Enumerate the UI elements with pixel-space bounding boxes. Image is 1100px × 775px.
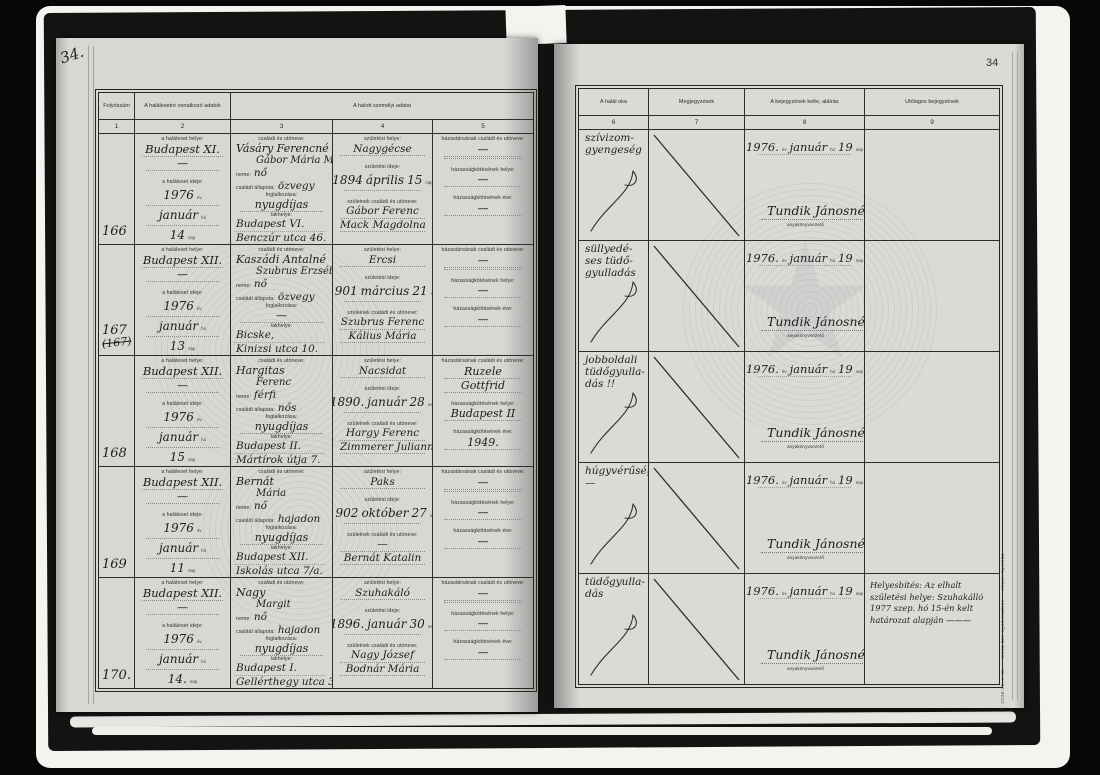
page-edge-line [88, 46, 89, 704]
col-number: 3 [231, 120, 333, 133]
cause-line2: ses tüdő- [582, 255, 645, 267]
registrar-role-label: anyakönyvvezető [787, 666, 824, 673]
cause-line1: húgyvérűség [582, 465, 645, 477]
residence-line1: Budapest II. [234, 440, 325, 454]
cause-line1: süllyedé- [582, 243, 645, 255]
marital-label: családi állapota: [236, 185, 275, 192]
printers-imprint: T. 2038-21. r. sz. — minta del. nyomósab… [1001, 545, 1006, 710]
death-place-dash: — [146, 158, 219, 171]
col-number: 2 [135, 120, 231, 133]
col-number: 6 [579, 116, 649, 129]
register-entry-row-right: tüdőgyulla- dás 1976.évjanuárhó19nap Tun… [579, 574, 999, 684]
page-edge-line [93, 46, 94, 704]
birth-day: 21 [412, 284, 427, 298]
marital-label: családi állapota: [236, 518, 275, 525]
death-place-dash: — [146, 602, 219, 615]
birth-data-cell: születési helye: Paks születési ideje: 1… [333, 467, 433, 577]
spouse-line1: Ruzele [444, 366, 522, 379]
entry-number-cell: 167 (167) [99, 245, 135, 355]
sex-label: neme: [236, 505, 251, 512]
entry-year: 1976. [746, 473, 779, 487]
right-column-numbers: 6 7 8 9 [579, 116, 999, 130]
year-suffix: év [782, 369, 787, 374]
death-year: 1976 [163, 521, 194, 535]
registrar-signature: Tundik Jánosné sk. [761, 536, 865, 553]
note-line1: Helyesbítés: Az elhalt [870, 580, 994, 592]
day-suffix: nap [188, 453, 195, 467]
cause-of-death-cell: húgyvérűség — [579, 463, 649, 573]
marriage-year-value: — [444, 647, 522, 660]
marriage-year-label: házasságkötésének éve: [436, 639, 530, 646]
death-place-value: Budapest XII. [142, 476, 223, 491]
deceased-person-cell: családi és utóneve: Bernát Mária neme:nő… [231, 467, 333, 577]
entry-month: január [790, 473, 828, 487]
birth-place-value: Nagygécse [340, 143, 425, 157]
spouse-line1: — [444, 477, 522, 490]
year-suffix: év [782, 147, 787, 152]
spouse-line2 [444, 158, 522, 159]
pen-flourish [585, 168, 643, 234]
marital-value: özvegy [278, 181, 315, 193]
spouse-line2 [444, 602, 522, 603]
registrar-role-label: anyakönyvvezető [787, 444, 824, 451]
marriage-year-value: 1949. [444, 437, 522, 450]
header-death-data: A halálesetre vonatkozó adatok [135, 93, 231, 119]
remarks-cell [649, 463, 745, 573]
marriage-year-label: házasságkötésének éve: [436, 429, 530, 436]
month-suffix: hó [201, 322, 206, 336]
month-suffix: hó [201, 433, 206, 447]
day-suffix: nap [856, 591, 863, 596]
spouse-data-cell: házastársának családi és utóneve: — háza… [433, 134, 533, 244]
sex-label: neme: [236, 172, 251, 179]
birth-year: 1901 [333, 284, 358, 298]
occupation-value: nyugdíjas [240, 532, 323, 545]
year-suffix: év [197, 302, 202, 316]
residence-line1: Bicske, [234, 329, 325, 343]
birth-data-cell: születési helye: Ercsi születési ideje: … [333, 245, 433, 355]
registrar-signature: Tundik Jánosné sk. [761, 647, 865, 664]
spouse-line2 [444, 491, 522, 492]
marriage-year-label: házasságkötésének éve: [436, 528, 530, 535]
mother-name: Bodnár Mária [340, 663, 425, 677]
father-name: — [340, 538, 425, 552]
year-suffix: év [197, 635, 202, 649]
deceased-person-cell: családi és utóneve: Vásáry Ferencné Gábo… [231, 134, 333, 244]
death-month: január [159, 430, 198, 444]
entry-number-cell: 168 [99, 356, 135, 466]
death-place-value: Budapest XII. [142, 587, 223, 602]
mother-name: Kálius Mária [340, 330, 425, 344]
marriage-year-value: — [444, 314, 522, 327]
entry-month: január [790, 362, 828, 376]
remarks-cell [649, 241, 745, 351]
deceased-givenname: Ferenc [234, 377, 329, 389]
spouse-label: házastársának családi és utóneve: [436, 580, 530, 587]
entry-number-cell: 170. [99, 578, 135, 688]
birth-year: 1896. [333, 617, 364, 631]
header-cause-of-death: A halál oka [579, 89, 649, 115]
death-day: 14. [168, 672, 187, 686]
father-name: Szubrus Ferenc [340, 316, 425, 330]
deceased-givenname: Mária [234, 488, 329, 500]
death-date-label: a haláleset ideje: [138, 290, 227, 297]
header-folyoszam: Folyószám [99, 93, 135, 119]
crossed-out-line [649, 463, 744, 573]
deceased-person-cell: családi és utóneve: Nagy Margit neme:nő … [231, 578, 333, 688]
birth-date-label: születési ideje: [336, 386, 429, 393]
register-entry-row-right: jobboldali tüdőgyulla- dás !! 1976.évjan… [579, 352, 999, 463]
father-name: Nagy József [340, 649, 425, 663]
remarks-cell [649, 130, 745, 240]
pen-flourish [585, 279, 643, 345]
page-edge-line [1017, 52, 1018, 700]
crossed-out-line [649, 130, 744, 240]
day-suffix: nap [188, 564, 195, 578]
birth-day: 28 [410, 395, 425, 409]
day-suffix: nap [425, 176, 432, 190]
father-name: Gábor Ferenc [340, 205, 425, 219]
death-day: 15 [170, 450, 185, 464]
death-data-cell: a haláleset helye: Budapest XII. — a hal… [135, 356, 231, 466]
pen-flourish [585, 612, 643, 678]
sex-label: neme: [236, 394, 251, 401]
cause-line3: dás !! [582, 378, 645, 390]
residence-line2: Benczúr utca 46. [234, 232, 325, 245]
residence-line1: Budapest I. [234, 662, 325, 676]
header-remarks: Megjegyzések [649, 89, 745, 115]
spouse-label: házastársának családi és utóneve: [436, 136, 530, 143]
marriage-place-value: — [444, 507, 522, 520]
header-subsequent-entries: Utólagos bejegyzések [865, 89, 999, 115]
cause-of-death-cell: tüdőgyulla- dás [579, 574, 649, 684]
death-year: 1976 [163, 299, 194, 313]
entry-day: 19 [838, 251, 853, 265]
day-suffix: nap [856, 258, 863, 263]
residence-line2: Gellérthegy utca 3. [234, 676, 325, 689]
month-suffix: hó [830, 369, 835, 374]
subsequent-entries-cell [865, 241, 999, 351]
entry-date-signature-cell: 1976.évjanuárhó19nap Tundik Jánosné sk. … [745, 130, 865, 240]
mother-name: Bernát Katalin [340, 552, 425, 566]
birth-place-value: Paks [340, 476, 425, 490]
deceased-surname: Kaszádi Antalné [234, 254, 329, 267]
year-suffix: év [197, 413, 202, 427]
cause-line1: szívizom- [582, 132, 645, 144]
crossed-out-line [649, 241, 744, 351]
crossed-out-line [649, 352, 744, 462]
death-data-cell: a haláleset helye: Budapest XII. — a hal… [135, 467, 231, 577]
registrar-signature: Tundik Jánosné sk. [761, 425, 865, 442]
entry-month: január [790, 251, 828, 265]
entry-day: 19 [838, 140, 853, 154]
sex-value: férfi [254, 390, 276, 402]
register-entry-row: 166 a haláleset helye: Budapest XI. — a … [99, 134, 533, 245]
spouse-line2 [444, 269, 522, 270]
cause-line2: dás [582, 588, 645, 600]
cause-line1: jobboldali [582, 354, 645, 366]
occupation-value: nyugdíjas [240, 643, 323, 656]
death-data-cell: a haláleset helye: Budapest XI. — a halá… [135, 134, 231, 244]
entry-day: 19 [838, 584, 853, 598]
month-suffix: hó [201, 655, 206, 669]
spouse-line1: — [444, 588, 522, 601]
sex-value: nő [254, 612, 267, 624]
birth-data-cell: születési helye: Nacsidat születési idej… [333, 356, 433, 466]
marriage-place-value: — [444, 174, 522, 187]
birth-year: 1890. [333, 395, 364, 409]
cause-line2: gyengeség [582, 144, 645, 156]
cause-line1: tüdőgyulla- [582, 576, 645, 588]
marital-label: családi állapota: [236, 296, 275, 303]
spouse-label: házastársának családi és utóneve: [436, 358, 530, 365]
day-suffix: nap [190, 675, 197, 689]
day-suffix: nap [856, 369, 863, 374]
subsequent-entries-cell: Helyesbítés: Az elhalt születési helye: … [865, 574, 999, 684]
birth-data-cell: születési helye: Nagygécse születési ide… [333, 134, 433, 244]
header-personal-data: A halott személyi adatai [231, 93, 533, 119]
register-entry-row-right: húgyvérűség — 1976.évjanuárhó19nap Tundi… [579, 463, 999, 574]
col-number: 8 [745, 116, 865, 129]
marriage-year-label: házasságkötésének éve: [436, 195, 530, 202]
birth-date-label: születési ideje: [336, 275, 429, 282]
entry-year: 1976. [746, 584, 779, 598]
birth-data-cell: születési helye: Szuhakáló születési ide… [333, 578, 433, 688]
spouse-data-cell: házastársának családi és utóneve: — háza… [433, 578, 533, 688]
page-edge-line [1012, 52, 1013, 700]
father-name: Hargy Ferenc [340, 427, 425, 441]
month-suffix: hó [201, 211, 206, 225]
residence-line1: Budapest XII. [234, 551, 325, 565]
marital-label: családi állapota: [236, 407, 275, 414]
birth-place-value: Ercsi [340, 254, 425, 268]
mother-name: Mack Magdolna [340, 219, 425, 233]
birth-month: január [367, 617, 406, 631]
crossed-out-line [649, 574, 744, 684]
death-year: 1976 [163, 188, 194, 202]
death-place-dash: — [146, 380, 219, 393]
birth-month: október [361, 506, 408, 520]
birth-day: 27 [412, 506, 427, 520]
cause-of-death-cell: szívizom- gyengeség [579, 130, 649, 240]
registrar-role-label: anyakönyvvezető [787, 555, 824, 562]
left-table-header: Folyószám A halálesetre vonatkozó adatok… [99, 93, 533, 120]
day-suffix: nap [856, 147, 863, 152]
month-suffix: hó [830, 258, 835, 263]
deceased-surname: Vásáry Ferencné [234, 143, 329, 156]
entry-day: 19 [838, 473, 853, 487]
cause-of-death-cell: süllyedé- ses tüdő- gyulladás [579, 241, 649, 351]
register-entry-row: 167 (167) a haláleset helye: Budapest XI… [99, 245, 533, 356]
occupation-value: nyugdíjas [240, 421, 323, 434]
deceased-givenname: Gábor Mária Magdolna [234, 155, 329, 167]
death-year: 1976 [163, 410, 194, 424]
residence-line2: Iskolás utca 7/a. [234, 565, 325, 578]
register-table-right: A halál oka Megjegyzések A bejegyzések k… [578, 88, 1000, 685]
entry-number: 170. [102, 669, 131, 682]
death-month: január [159, 208, 198, 222]
deceased-givenname: Szubrus Erzsébet [234, 266, 329, 278]
marriage-place-value: Budapest II [444, 408, 522, 421]
birth-month: április [366, 173, 404, 187]
day-suffix: nap [188, 342, 195, 356]
birth-month: január [367, 395, 406, 409]
residence-line2: Kinizsi utca 10. [234, 343, 325, 356]
left-table-body: 166 a haláleset helye: Budapest XI. — a … [99, 134, 533, 688]
registrar-role-label: anyakönyvvezető [787, 333, 824, 340]
entry-year: 1976. [746, 251, 779, 265]
remarks-cell [649, 352, 745, 462]
death-day: 13 [170, 339, 185, 353]
birth-date-label: születési ideje: [336, 164, 429, 171]
mother-name: Zimmerer Julianna [340, 441, 425, 455]
entry-date-signature-cell: 1976.évjanuárhó19nap Tundik Jánosné sk. … [745, 574, 865, 684]
note-line2: születési helye: Szuhakálló [870, 592, 994, 604]
death-day: 14 [170, 228, 185, 242]
register-entry-row-right: süllyedé- ses tüdő- gyulladás 1976.évjan… [579, 241, 999, 352]
entry-date-signature-cell: 1976.évjanuárhó19nap Tundik Jánosné sk. … [745, 241, 865, 351]
marital-value: özvegy [278, 292, 315, 304]
col-number: 9 [865, 116, 999, 129]
month-suffix: hó [830, 480, 835, 485]
subsequent-entries-cell [865, 463, 999, 573]
year-suffix: év [782, 258, 787, 263]
month-suffix: hó [830, 147, 835, 152]
spouse-line2: Gottfrid [444, 380, 522, 393]
entry-number-struck: (167) [101, 335, 132, 350]
birth-place-value: Nacsidat [340, 365, 425, 379]
year-suffix: év [197, 191, 202, 205]
birth-year: 1902 [333, 506, 358, 520]
sex-value: nő [254, 168, 267, 180]
month-suffix: hó [830, 591, 835, 596]
subsequent-entries-cell [865, 130, 999, 240]
death-date-label: a haláleset ideje: [138, 512, 227, 519]
death-place-value: Budapest XI. [142, 143, 223, 158]
entry-month: január [790, 584, 828, 598]
entry-number: 169 [102, 558, 127, 571]
death-place-dash: — [146, 269, 219, 282]
cause-line2: — [582, 477, 645, 489]
death-month: január [159, 541, 198, 555]
spouse-data-cell: házastársának családi és utóneve: Ruzele… [433, 356, 533, 466]
occupation-value: — [240, 310, 323, 323]
entry-number-cell: 169 [99, 467, 135, 577]
entry-day: 19 [838, 362, 853, 376]
marital-value: nős [278, 403, 296, 415]
right-table-body: szívizom- gyengeség 1976.évjanuárhó19nap… [579, 130, 999, 684]
birth-day: 15 [407, 173, 422, 187]
col-number: 7 [649, 116, 745, 129]
subsequent-entries-cell [865, 352, 999, 462]
birth-month: március [361, 284, 410, 298]
header-entry-date-signature: A bejegyzések kelte, aláírás [745, 89, 865, 115]
left-column-numbers: 1 2 3 4 5 [99, 120, 533, 134]
birth-place-value: Szuhakáló [340, 587, 425, 601]
remarks-cell [649, 574, 745, 684]
printed-page-number: 34 [986, 57, 998, 69]
sex-value: nő [254, 501, 267, 513]
residence-line2: Mártírok útja 7. [234, 454, 325, 467]
birth-date-label: születési ideje: [336, 497, 429, 504]
entry-number: 166 [102, 225, 127, 238]
spouse-label: házastársának családi és utóneve: [436, 247, 530, 254]
register-entry-row: 170. a haláleset helye: Budapest XII. — … [99, 578, 533, 688]
register-entry-row: 168 a haláleset helye: Budapest XII. — a… [99, 356, 533, 467]
death-place-value: Budapest XII. [142, 365, 223, 380]
deceased-surname: Hargitas [234, 365, 329, 378]
death-month: január [159, 319, 198, 333]
cause-line2: tüdőgyulla- [582, 366, 645, 378]
marital-value: hajadon [278, 514, 320, 526]
entry-number: 168 [102, 447, 127, 460]
note-line3: 1977 szep. hó 15-én kelt [870, 603, 994, 615]
register-entry-row: 169 a haláleset helye: Budapest XII. — a… [99, 467, 533, 578]
scanned-register-spread: 34. 34 T. 2038-21. r. sz. — minta del. n… [0, 0, 1100, 775]
col-number: 4 [333, 120, 433, 133]
col-number: 1 [99, 120, 135, 133]
year-suffix: év [782, 480, 787, 485]
marriage-place-value: — [444, 285, 522, 298]
spouse-label: házastársának családi és utóneve: [436, 469, 530, 476]
registrar-role-label: anyakönyvvezető [787, 222, 824, 229]
entry-year: 1976. [746, 362, 779, 376]
death-day: 11 [170, 561, 185, 575]
spouse-data-cell: házastársának családi és utóneve: — háza… [433, 245, 533, 355]
pen-flourish [585, 390, 643, 456]
entry-month: január [790, 140, 828, 154]
col-number: 5 [433, 120, 533, 133]
deceased-givenname: Margit [234, 599, 329, 611]
cause-line3: gyulladás [582, 267, 645, 279]
entry-year: 1976. [746, 140, 779, 154]
spouse-data-cell: házastársának családi és utóneve: — háza… [433, 467, 533, 577]
birth-day: 30 [410, 617, 425, 631]
marriage-year-value: — [444, 536, 522, 549]
marriage-year-value: — [444, 203, 522, 216]
sex-label: neme: [236, 616, 251, 623]
page-stack-edge [92, 727, 992, 735]
residence-line1: Budapest VI. [234, 218, 325, 232]
day-suffix: nap [856, 480, 863, 485]
marriage-place-value: — [444, 618, 522, 631]
birth-date-label: születési ideje: [336, 608, 429, 615]
registrar-signature: Tundik Jánosné sk. [761, 203, 865, 220]
death-month: január [159, 652, 198, 666]
death-year: 1976 [163, 632, 194, 646]
register-table-left: Folyószám A halálesetre vonatkozó adatok… [98, 92, 534, 689]
death-date-label: a haláleset ideje: [138, 401, 227, 408]
death-date-label: a haláleset ideje: [138, 179, 227, 186]
deceased-person-cell: családi és utóneve: Kaszádi Antalné Szub… [231, 245, 333, 355]
year-suffix: év [782, 591, 787, 596]
death-date-label: a haláleset ideje: [138, 623, 227, 630]
cause-of-death-cell: jobboldali tüdőgyulla- dás !! [579, 352, 649, 462]
note-line4: határozat alapján ——— [870, 615, 994, 627]
deceased-surname: Nagy [234, 587, 329, 600]
death-data-cell: a haláleset helye: Budapest XII. — a hal… [135, 578, 231, 688]
entry-number-cell: 166 [99, 134, 135, 244]
birth-year: 1894 [333, 173, 363, 187]
registrar-signature: Tundik Jánosné sk. [761, 314, 865, 331]
occupation-value: nyugdíjas [240, 199, 323, 212]
sex-value: nő [254, 279, 267, 291]
marital-label: családi állapota: [236, 629, 275, 636]
death-data-cell: a haláleset helye: Budapest XII. — a hal… [135, 245, 231, 355]
death-place-dash: — [146, 491, 219, 504]
month-suffix: hó [201, 544, 206, 558]
sex-label: neme: [236, 283, 251, 290]
